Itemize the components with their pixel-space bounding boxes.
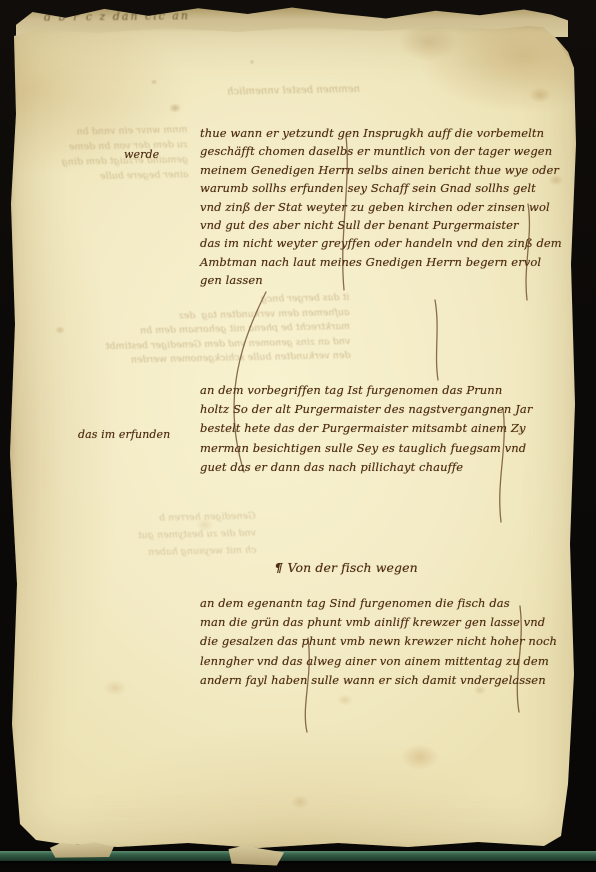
manuscript-page: nemmen bestel vnnemlich mnm wnvr ein vnn… — [8, 24, 580, 852]
margin-note-das-im-erfunden: das im erfunden — [78, 428, 170, 441]
bleedthrough-left-block: mnm wnvr ein vnnd bn zu dem der von bn d… — [11, 122, 188, 186]
margin-note-werde: werde — [124, 148, 159, 161]
paper-fragment-center — [226, 845, 284, 866]
previous-leaf-script-fragment: d b r c z dan cic an — [44, 5, 564, 23]
paragraph-three: an dem egenantn tag Sind furgenomen die … — [200, 594, 557, 690]
capitulum-mark: ¶ — [274, 560, 282, 575]
manuscript-scan-background: d b r c z dan cic an nemmen bestel vnnem… — [0, 0, 596, 872]
section-heading: ¶Von der fisch wegen — [250, 545, 418, 590]
paragraph-one: thue wann er yetzundt gen Insprugkh auff… — [200, 124, 562, 290]
section-heading-text: Von der fisch wegen — [288, 560, 418, 575]
bleedthrough-lower-block: Genedigen herren b vnd die zu bestymen g… — [33, 508, 256, 564]
bleedthrough-middle-block: it das berger bncg aufnemen dem verkundt… — [57, 291, 350, 370]
paragraph-two: an dem vorbegriffen tag Ist furgenomen d… — [200, 381, 532, 477]
